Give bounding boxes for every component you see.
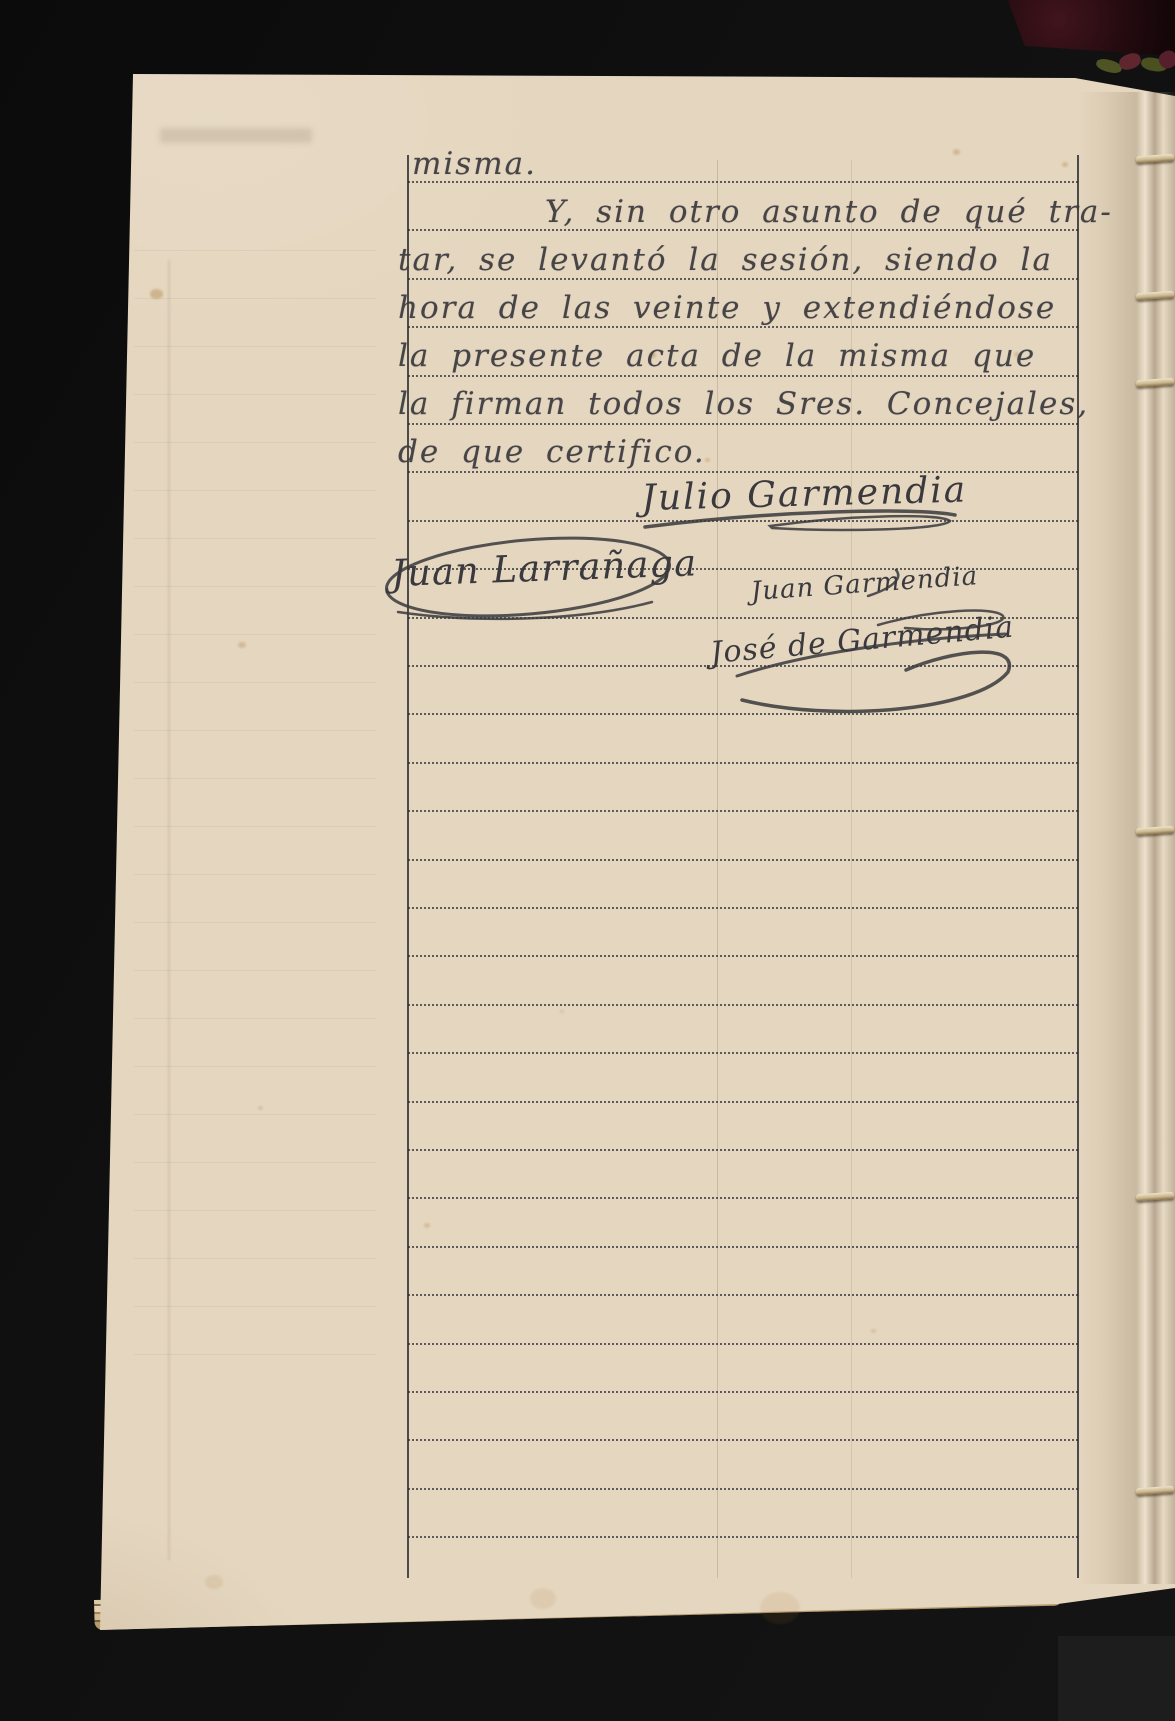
- ruled-line: [408, 1004, 1078, 1006]
- ruled-line: [408, 423, 1078, 425]
- ruled-line: [408, 1052, 1078, 1054]
- ruled-line: [408, 1294, 1078, 1296]
- handwritten-line: la firman todos los Sres. Concejales,: [398, 386, 1089, 422]
- ruled-line: [408, 1246, 1078, 1248]
- show-through-ghost-text: [160, 128, 312, 143]
- ruled-line: [408, 1391, 1078, 1393]
- foxing-spot: [424, 1223, 430, 1228]
- handwritten-line: de que certifico.: [398, 434, 706, 470]
- foxing-spot: [258, 1106, 263, 1110]
- foxing-spot: [953, 149, 960, 155]
- ruled-line: [408, 762, 1078, 764]
- scanned-book-photo: misma. Y, sin otro asunto de qué tra- ta…: [0, 0, 1175, 1721]
- handwritten-line: tar, se levantó la sesión, siendo la: [398, 242, 1053, 278]
- foxing-spot: [1062, 162, 1068, 167]
- ruled-line: [408, 859, 1078, 861]
- ruled-line: [408, 375, 1078, 377]
- ruled-line: [408, 1536, 1078, 1538]
- ruled-line: [408, 326, 1078, 328]
- scanner-shadow-patch: [1058, 1636, 1175, 1721]
- ruled-line: [408, 520, 1078, 522]
- handwritten-line: hora de las veinte y extendiéndose: [398, 290, 1056, 326]
- ruled-line: [408, 907, 1078, 909]
- ruled-line: [408, 713, 1078, 715]
- foxing-spot: [530, 1588, 556, 1609]
- ruled-line: [408, 1439, 1078, 1441]
- show-through-ghost-ruling: [134, 250, 376, 1370]
- margin-line-right: [1077, 155, 1079, 1578]
- signature-julio-garmendia: Julio Garmendia: [641, 469, 968, 519]
- ruled-line: [408, 471, 1078, 473]
- ruled-line: [408, 955, 1078, 957]
- handwritten-line: la presente acta de la misma que: [398, 338, 1036, 374]
- ruled-line: [408, 1101, 1078, 1103]
- ruled-line: [408, 278, 1078, 280]
- ruled-line: [408, 1343, 1078, 1345]
- foxing-spot: [871, 1329, 876, 1333]
- ruled-line: [408, 1197, 1078, 1199]
- book-cover-corner: [1008, 0, 1175, 56]
- ruled-line: [408, 810, 1078, 812]
- handwritten-line: Y, sin otro asunto de qué tra-: [545, 194, 1113, 230]
- ruled-line: [408, 1149, 1078, 1151]
- ruled-line: [408, 1488, 1078, 1490]
- binding-fold: [1078, 92, 1175, 1584]
- foxing-spot: [760, 1592, 800, 1624]
- handwritten-line: misma.: [412, 146, 537, 182]
